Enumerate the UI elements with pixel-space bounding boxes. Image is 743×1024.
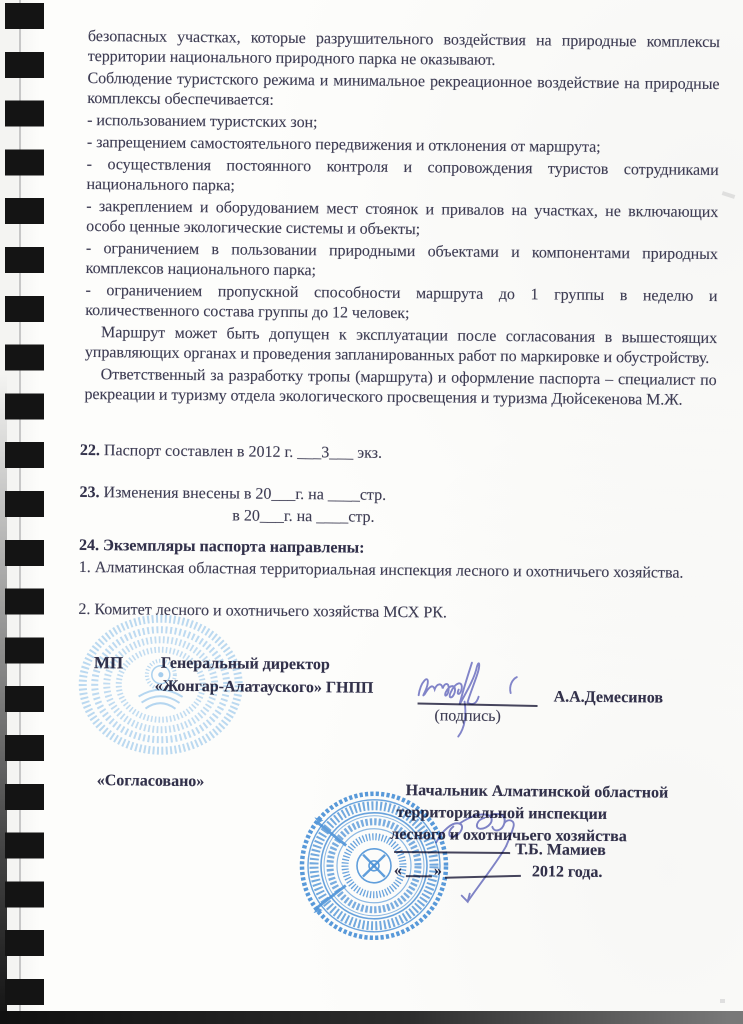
- scan-bottom-edge: [0, 1011, 743, 1024]
- agreed-label: «Согласовано»: [97, 771, 205, 792]
- paragraph: Ответственный за разработку тропы (маршр…: [84, 365, 716, 411]
- director-name: А.А.Демесинов: [554, 687, 664, 708]
- bullet-item: - осуществления постоянного контроля и с…: [86, 155, 718, 201]
- round-stamp-gnpp: [75, 612, 246, 760]
- item-22-number: 22.: [80, 442, 100, 459]
- scanned-document-page: безопасных участках, которые разрушитель…: [0, 0, 743, 1024]
- item-23-line2: в 20___г. на ____стр.: [232, 506, 374, 527]
- page-content: безопасных участках, которые разрушитель…: [0, 0, 743, 1024]
- paragraph: безопасных участках, которые разрушитель…: [88, 27, 720, 73]
- bullet-item: - ограничением в пользовании природными …: [86, 239, 718, 285]
- comb-binding: [5, 3, 44, 1011]
- item-23-number: 23.: [79, 484, 99, 501]
- bullet-item: - ограничением пропускной способности ма…: [85, 281, 717, 327]
- item-23-line1: Изменения внесены в 20___г. на ____стр.: [103, 484, 386, 504]
- round-stamp-inspection: [295, 787, 452, 944]
- inspector-year: 2012 года.: [532, 862, 603, 883]
- scan-artifact: [720, 999, 725, 1003]
- body-text: безопасных участках, которые разрушитель…: [84, 27, 720, 413]
- item-22-text: Паспорт составлен в 2012 г. ___3___ экз.: [104, 442, 382, 462]
- paragraph: Маршрут может быть допущен к эксплуатаци…: [85, 323, 717, 369]
- item-23: 23.Изменения внесены в 20___г. на ____ст…: [79, 483, 386, 506]
- item-24-title: Экземпляры паспорта направлены:: [103, 537, 365, 557]
- signature-director-ink: [408, 651, 539, 747]
- item-24-number: 24.: [79, 537, 99, 554]
- item-22: 22.Паспорт составлен в 2012 г. ___3___ э…: [80, 441, 382, 464]
- copies-entry: 1. Алматинская областная территориальная…: [79, 558, 711, 584]
- paragraph: Соблюдение туристского режима и минималь…: [87, 69, 719, 115]
- bullet-item: - закреплением и оборудованием мест стоя…: [86, 197, 718, 243]
- item-24: 24.Экземпляры паспорта направлены:: [79, 536, 365, 559]
